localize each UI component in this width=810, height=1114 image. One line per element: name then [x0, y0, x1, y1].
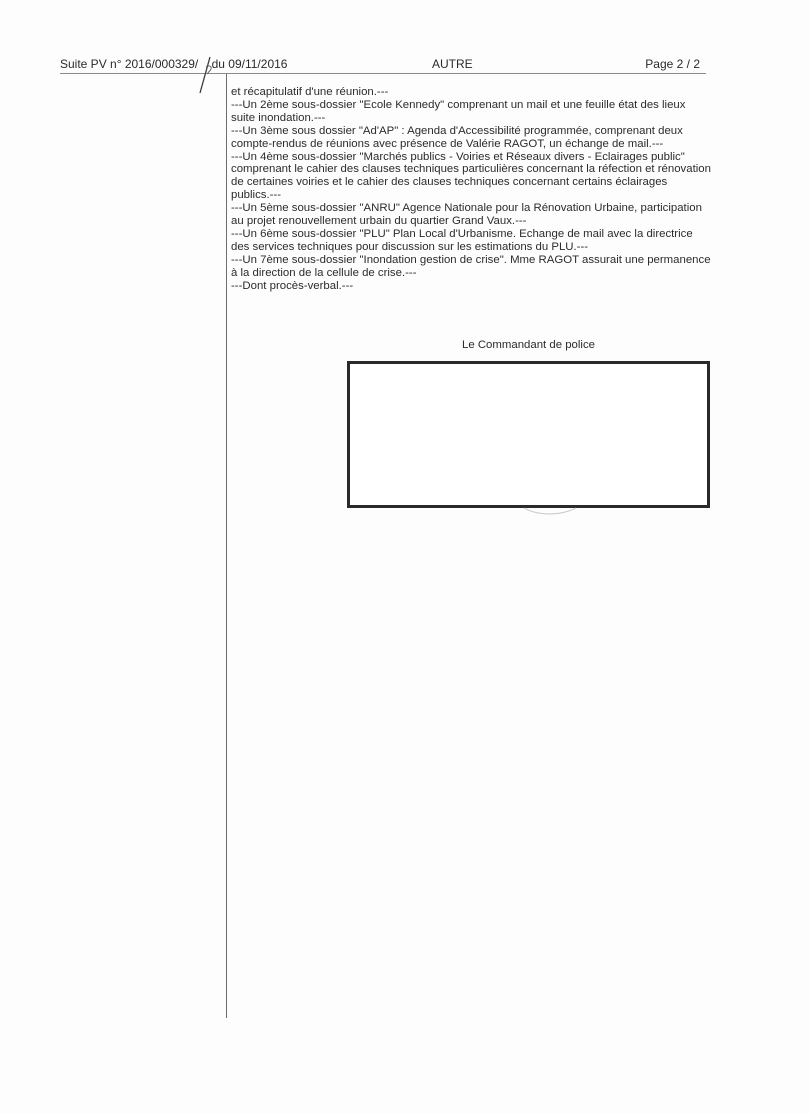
paragraph: ---Un 4ème sous-dossier "Marchés publics…	[231, 151, 711, 203]
paragraph: et récapitulatif d'une réunion.---	[231, 86, 711, 99]
pv-reference: Suite PV n° 2016/000329/15du 09/11/2016	[60, 55, 287, 73]
category-label: AUTRE	[432, 55, 473, 73]
page-header: Suite PV n° 2016/000329/15du 09/11/2016 …	[60, 55, 706, 74]
paragraph: ---Un 7ème sous-dossier "Inondation gest…	[231, 254, 711, 280]
paragraph: ---Un 6ème sous-dossier "PLU" Plan Local…	[231, 228, 711, 254]
page-number: Page 2 / 2	[645, 55, 700, 73]
pv-date: du 09/11/2016	[212, 57, 288, 71]
redacted-signature-box	[347, 361, 710, 508]
paragraph: ---Dont procès-verbal.---	[231, 280, 711, 293]
paragraph: ---Un 5ème sous-dossier "ANRU" Agence Na…	[231, 202, 711, 228]
margin-divider	[226, 74, 227, 1018]
document-page: Suite PV n° 2016/000329/15du 09/11/2016 …	[0, 0, 810, 1114]
handwritten-stroke-icon	[196, 55, 216, 97]
stamp-trace-icon	[520, 506, 580, 518]
body-text: et récapitulatif d'une réunion.--- ---Un…	[231, 86, 711, 293]
paragraph: ---Un 2ème sous-dossier "Ecole Kennedy" …	[231, 99, 711, 125]
reference-number: Suite PV n° 2016/000329/	[60, 57, 198, 71]
signatory-title: Le Commandant de police	[462, 339, 595, 351]
paragraph: ---Un 3ème sous dossier "Ad'AP" : Agenda…	[231, 125, 711, 151]
